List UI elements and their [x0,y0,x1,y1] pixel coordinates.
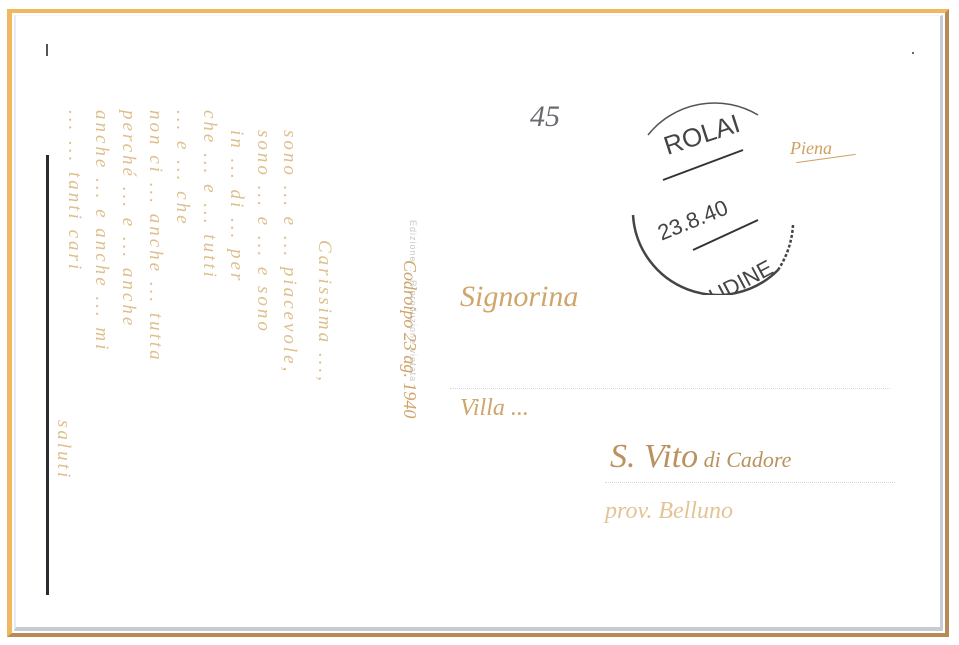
address-line-2: Villa ... [460,395,529,422]
scan-speck [912,52,914,54]
message-line: anche ... e anche ... mi [90,110,112,352]
address-line-3: S. Vito di Cadore [610,438,791,476]
scan-mark [46,44,48,56]
message-line: saluti [52,420,74,480]
svg-text:UDINE: UDINE [705,255,777,295]
pen-note: Piena [790,138,832,159]
message-line: che ... e ... tutti [198,110,220,280]
message-line: sono ... e ... e sono [252,130,274,334]
message-line: ... ... tanti cari [63,110,85,272]
scan-edge-shadow [46,155,49,595]
address-guide-line [605,482,895,483]
address-line-4: prov. Belluno [605,498,733,525]
svg-text:ROLAI: ROLAI [660,108,743,161]
address-town-suffix: di Cadore [698,447,791,472]
message-line: in ... di ... per [225,130,247,283]
address-town: S. Vito [610,438,698,475]
postmark: ROLAI 23.8.40 UDINE [608,95,798,295]
message-date: Codroipo 23 ag. 1940 [399,260,420,418]
message-line: perché ... e ... anche [117,110,139,328]
address-line-1: Signorina [460,280,578,314]
message-line: non ci ... anche ... tutta [144,110,166,363]
message-line: sono ... e ... piacevole, [278,130,300,374]
address-guide-line [450,388,890,389]
message-salutation: Carissima ..., [313,240,335,384]
postmark-icon: ROLAI 23.8.40 UDINE [608,95,798,295]
pencil-number: 45 [530,100,560,134]
message-line: ... e ... che [171,110,193,227]
